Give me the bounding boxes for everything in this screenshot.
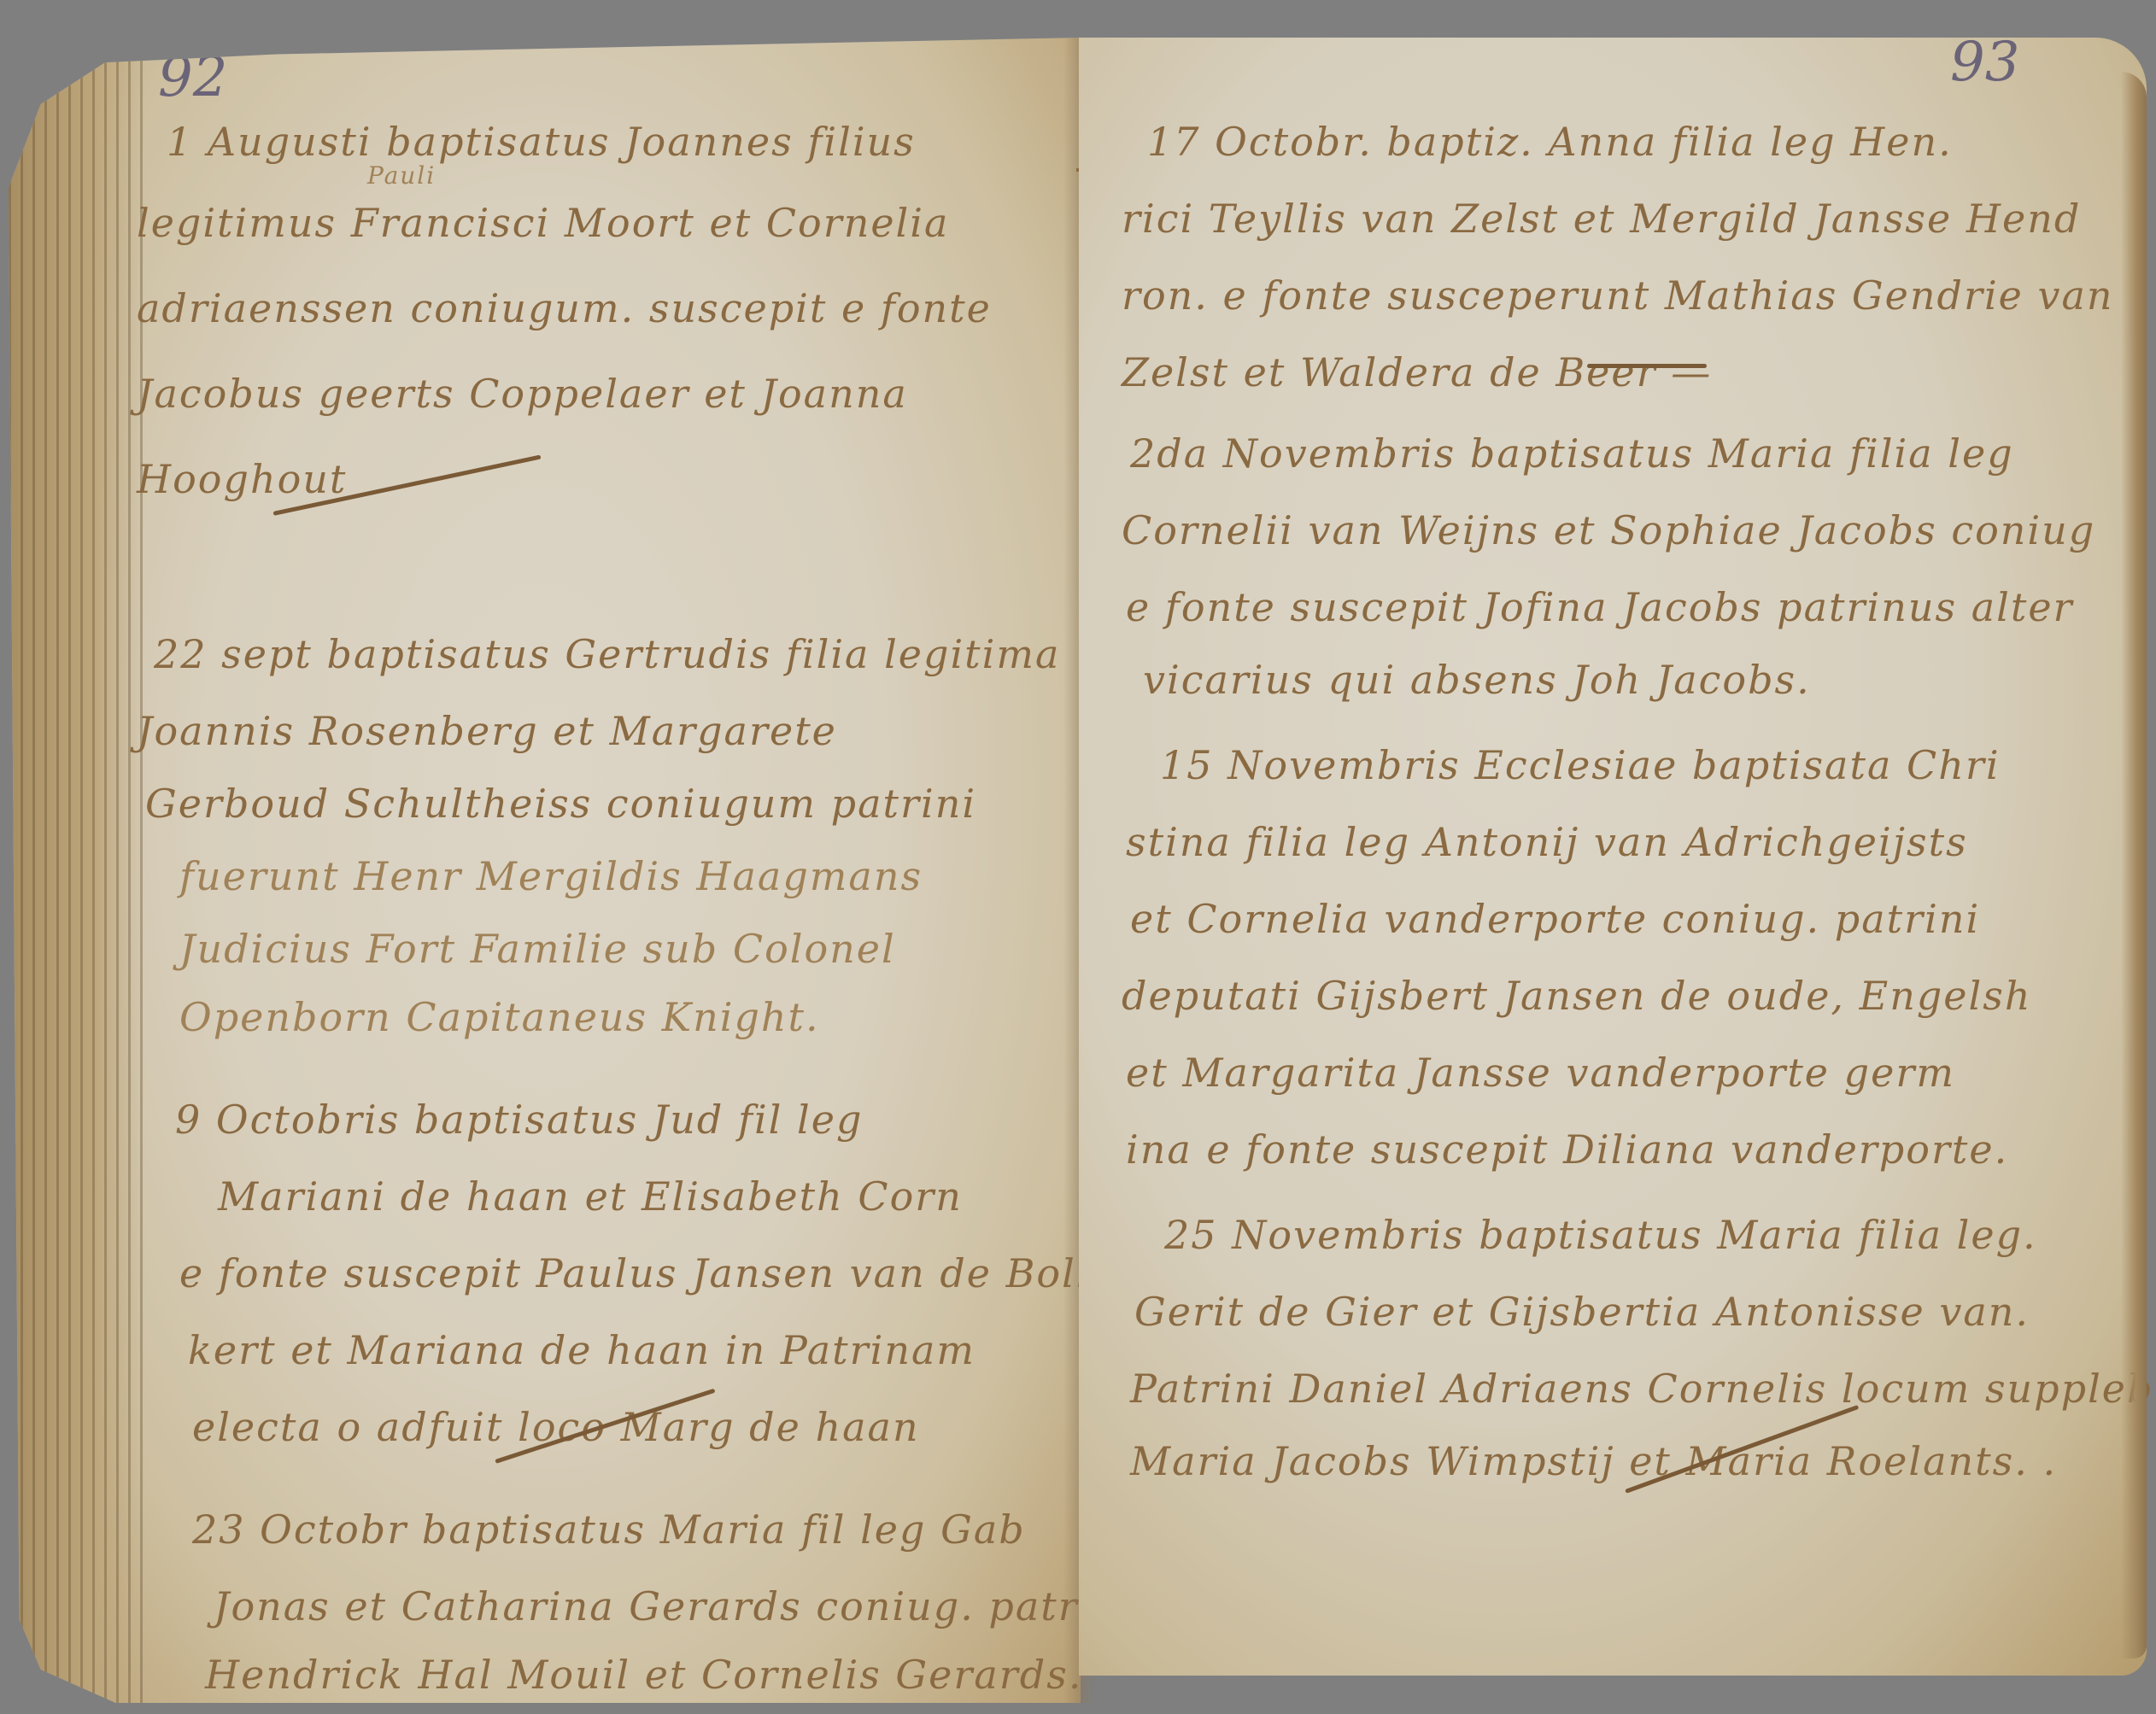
right-line-15: 25 Novembris baptisatus Maria filia leg. [1164,1212,2037,1258]
right-line-10: stina filia leg Antonij van Adrichgeijst… [1126,819,1968,865]
left-page: 92 1 Augusti baptisatus Joannes filius P… [9,38,1081,1703]
left-line-13: Mariani de haan et Elisabeth Corn [218,1173,963,1220]
left-line-9: fuerunt Henr Mergildis Haagmans [179,853,923,899]
left-line-11: Openborn Capitaneus Knight. [179,994,820,1040]
right-line-6: Cornelii van Weijns et Sophiae Jacobs co… [1122,507,2095,553]
right-line-16: Gerit de Gier et Gijsbertia Antonisse va… [1134,1289,2030,1335]
open-book: 92 1 Augusti baptisatus Joannes filius P… [0,0,2156,1714]
page-number-right: 93 [1950,31,2019,94]
right-line-2: rici Teyllis van Zelst et Mergild Jansse… [1122,196,2081,242]
right-line-4: Zelst et Waldera de Beer — [1122,349,1712,395]
left-line-5: Hooghout [137,456,347,502]
left-line-8: Gerboud Schultheiss coniugum patrini [145,781,976,827]
left-line-17: 23 Octobr baptisatus Maria fil leg Gab [192,1506,1026,1553]
right-line-1: 17 Octobr. baptiz. Anna filia leg Hen. [1147,119,1953,165]
right-line-13: et Margarita Jansse vanderporte germ [1126,1050,1955,1096]
left-line-3: adriaenssen coniugum. suscepit e fonte [137,285,992,331]
left-line-14: e fonte suscepit Paulus Jansen van de Bo… [179,1250,1116,1296]
left-line-1: 1 Augusti baptisatus Joannes filius [167,119,916,165]
right-line-8: vicarius qui absens Joh Jacobs. [1143,657,1811,703]
left-line-2: legitimus Francisci Moort et Cornelia [137,200,949,246]
left-line-7: Joannis Rosenberg et Margarete [137,708,837,754]
left-line-12: 9 Octobris baptisatus Jud fil leg [175,1097,863,1143]
page-number-left: 92 [158,46,227,109]
right-line-11: et Cornelia vanderporte coniug. patrini [1130,896,1980,942]
left-line-15: kert et Mariana de haan in Patrinam [188,1327,975,1373]
right-line-7: e fonte suscepit Jofina Jacobs patrinus … [1126,584,2074,630]
right-line-3: ron. e fonte susceperunt Mathias Gendrie… [1122,272,2114,319]
left-line-10: Judicius Fort Familie sub Colonel [179,926,896,972]
right-line-14: ina e fonte suscepit Diliana vanderporte… [1126,1126,2008,1173]
superscript-note: Pauli [367,161,436,190]
right-line-18: Maria Jacobs Wimpstij et Maria Roelants.… [1130,1438,2057,1484]
right-line-5: 2da Novembris baptisatus Maria filia leg [1130,430,2014,477]
left-line-18: Jonas et Catharina Gerards coniug. patri… [214,1583,1134,1629]
entry-separator-stroke [1587,364,1707,368]
left-line-6: 22 sept baptisatus Gertrudis filia legit… [154,631,1060,677]
right-line-17: Patrini Daniel Adriaens Cornelis locum s… [1130,1366,2153,1412]
right-line-9: 15 Novembris Ecclesiae baptisata Chri [1160,742,2001,788]
left-line-4: Jacobus geerts Coppelaer et Joanna [137,371,908,417]
right-page: 93 17 Octobr. baptiz. Anna filia leg Hen… [1079,38,2147,1676]
right-line-12: deputati Gijsbert Jansen de oude, Engels… [1122,973,2031,1019]
left-line-19: Hendrick Hal Mouil et Cornelis Gerards. [205,1652,1082,1698]
